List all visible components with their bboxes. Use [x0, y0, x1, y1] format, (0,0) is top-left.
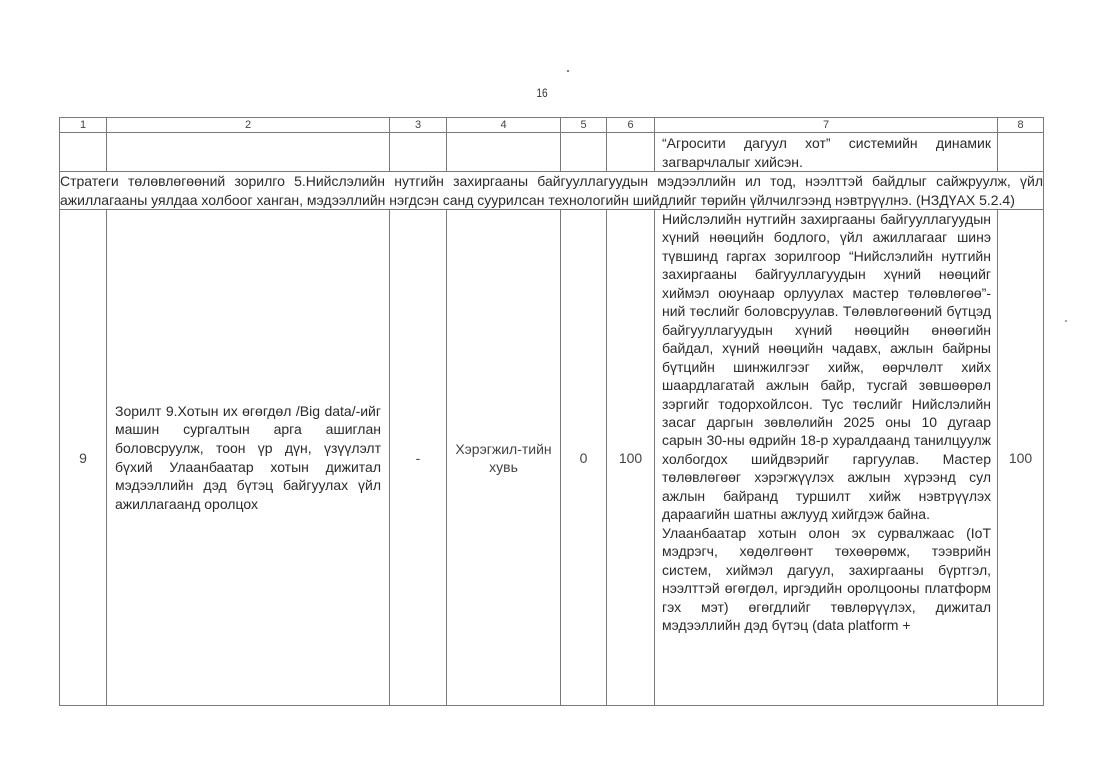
column-number-row: 1 2 3 4 5 6 7 8 [60, 118, 1044, 133]
empty-cell [607, 133, 655, 172]
empty-cell [447, 133, 561, 172]
plan-table: 1 2 3 4 5 6 7 8 “Агросити дагуул хот” си… [59, 117, 1044, 706]
strategic-goal-row: Стратеги төлөвлөгөөний зорилго 5.Нийслэл… [60, 172, 1044, 210]
column-number: 8 [998, 118, 1044, 133]
column-number: 2 [107, 118, 390, 133]
strategic-goal-text: Стратеги төлөвлөгөөний зорилго 5.Нийслэл… [60, 172, 1044, 210]
empty-cell [561, 133, 607, 172]
column-number: 1 [60, 118, 107, 133]
baseline-cell: 0 [561, 210, 607, 706]
target-cell: 100 [607, 210, 655, 706]
table-row: 9 Зорилт 9.Хотын их өгөгдөл /Big data/-и… [60, 210, 1044, 706]
row-number: 9 [60, 210, 107, 706]
column-number: 5 [561, 118, 607, 133]
progress-paragraph: Нийслэлийн нутгийн захиргааны байгууллаг… [662, 210, 991, 524]
objective-cell: Зорилт 9.Хотын их өгөгдөл /Big data/-ийг… [107, 210, 390, 706]
continued-row: “Агросити дагуул хот” системийн динамик … [60, 133, 1044, 172]
col3-cell: - [390, 210, 447, 706]
scan-speck [1065, 320, 1067, 322]
progress-cell: “Агросити дагуул хот” системийн динамик … [655, 133, 998, 172]
empty-cell [60, 133, 107, 172]
column-number: 7 [655, 118, 998, 133]
empty-cell [390, 133, 447, 172]
column-number: 4 [447, 118, 561, 133]
column-number: 6 [607, 118, 655, 133]
progress-paragraph: Улаанбаатар хотын олон эх сурвалжаас (Io… [662, 524, 991, 635]
column-number: 3 [390, 118, 447, 133]
progress-cell: Нийслэлийн нутгийн захиргааны байгууллаг… [655, 210, 998, 706]
scan-speck [567, 70, 569, 72]
assessment-cell: 100 [998, 210, 1044, 706]
page-number: 16 [81, 86, 1002, 100]
empty-cell [998, 133, 1044, 172]
indicator-cell: Хэрэгжил-тийн хувь [447, 210, 561, 706]
empty-cell [107, 133, 390, 172]
